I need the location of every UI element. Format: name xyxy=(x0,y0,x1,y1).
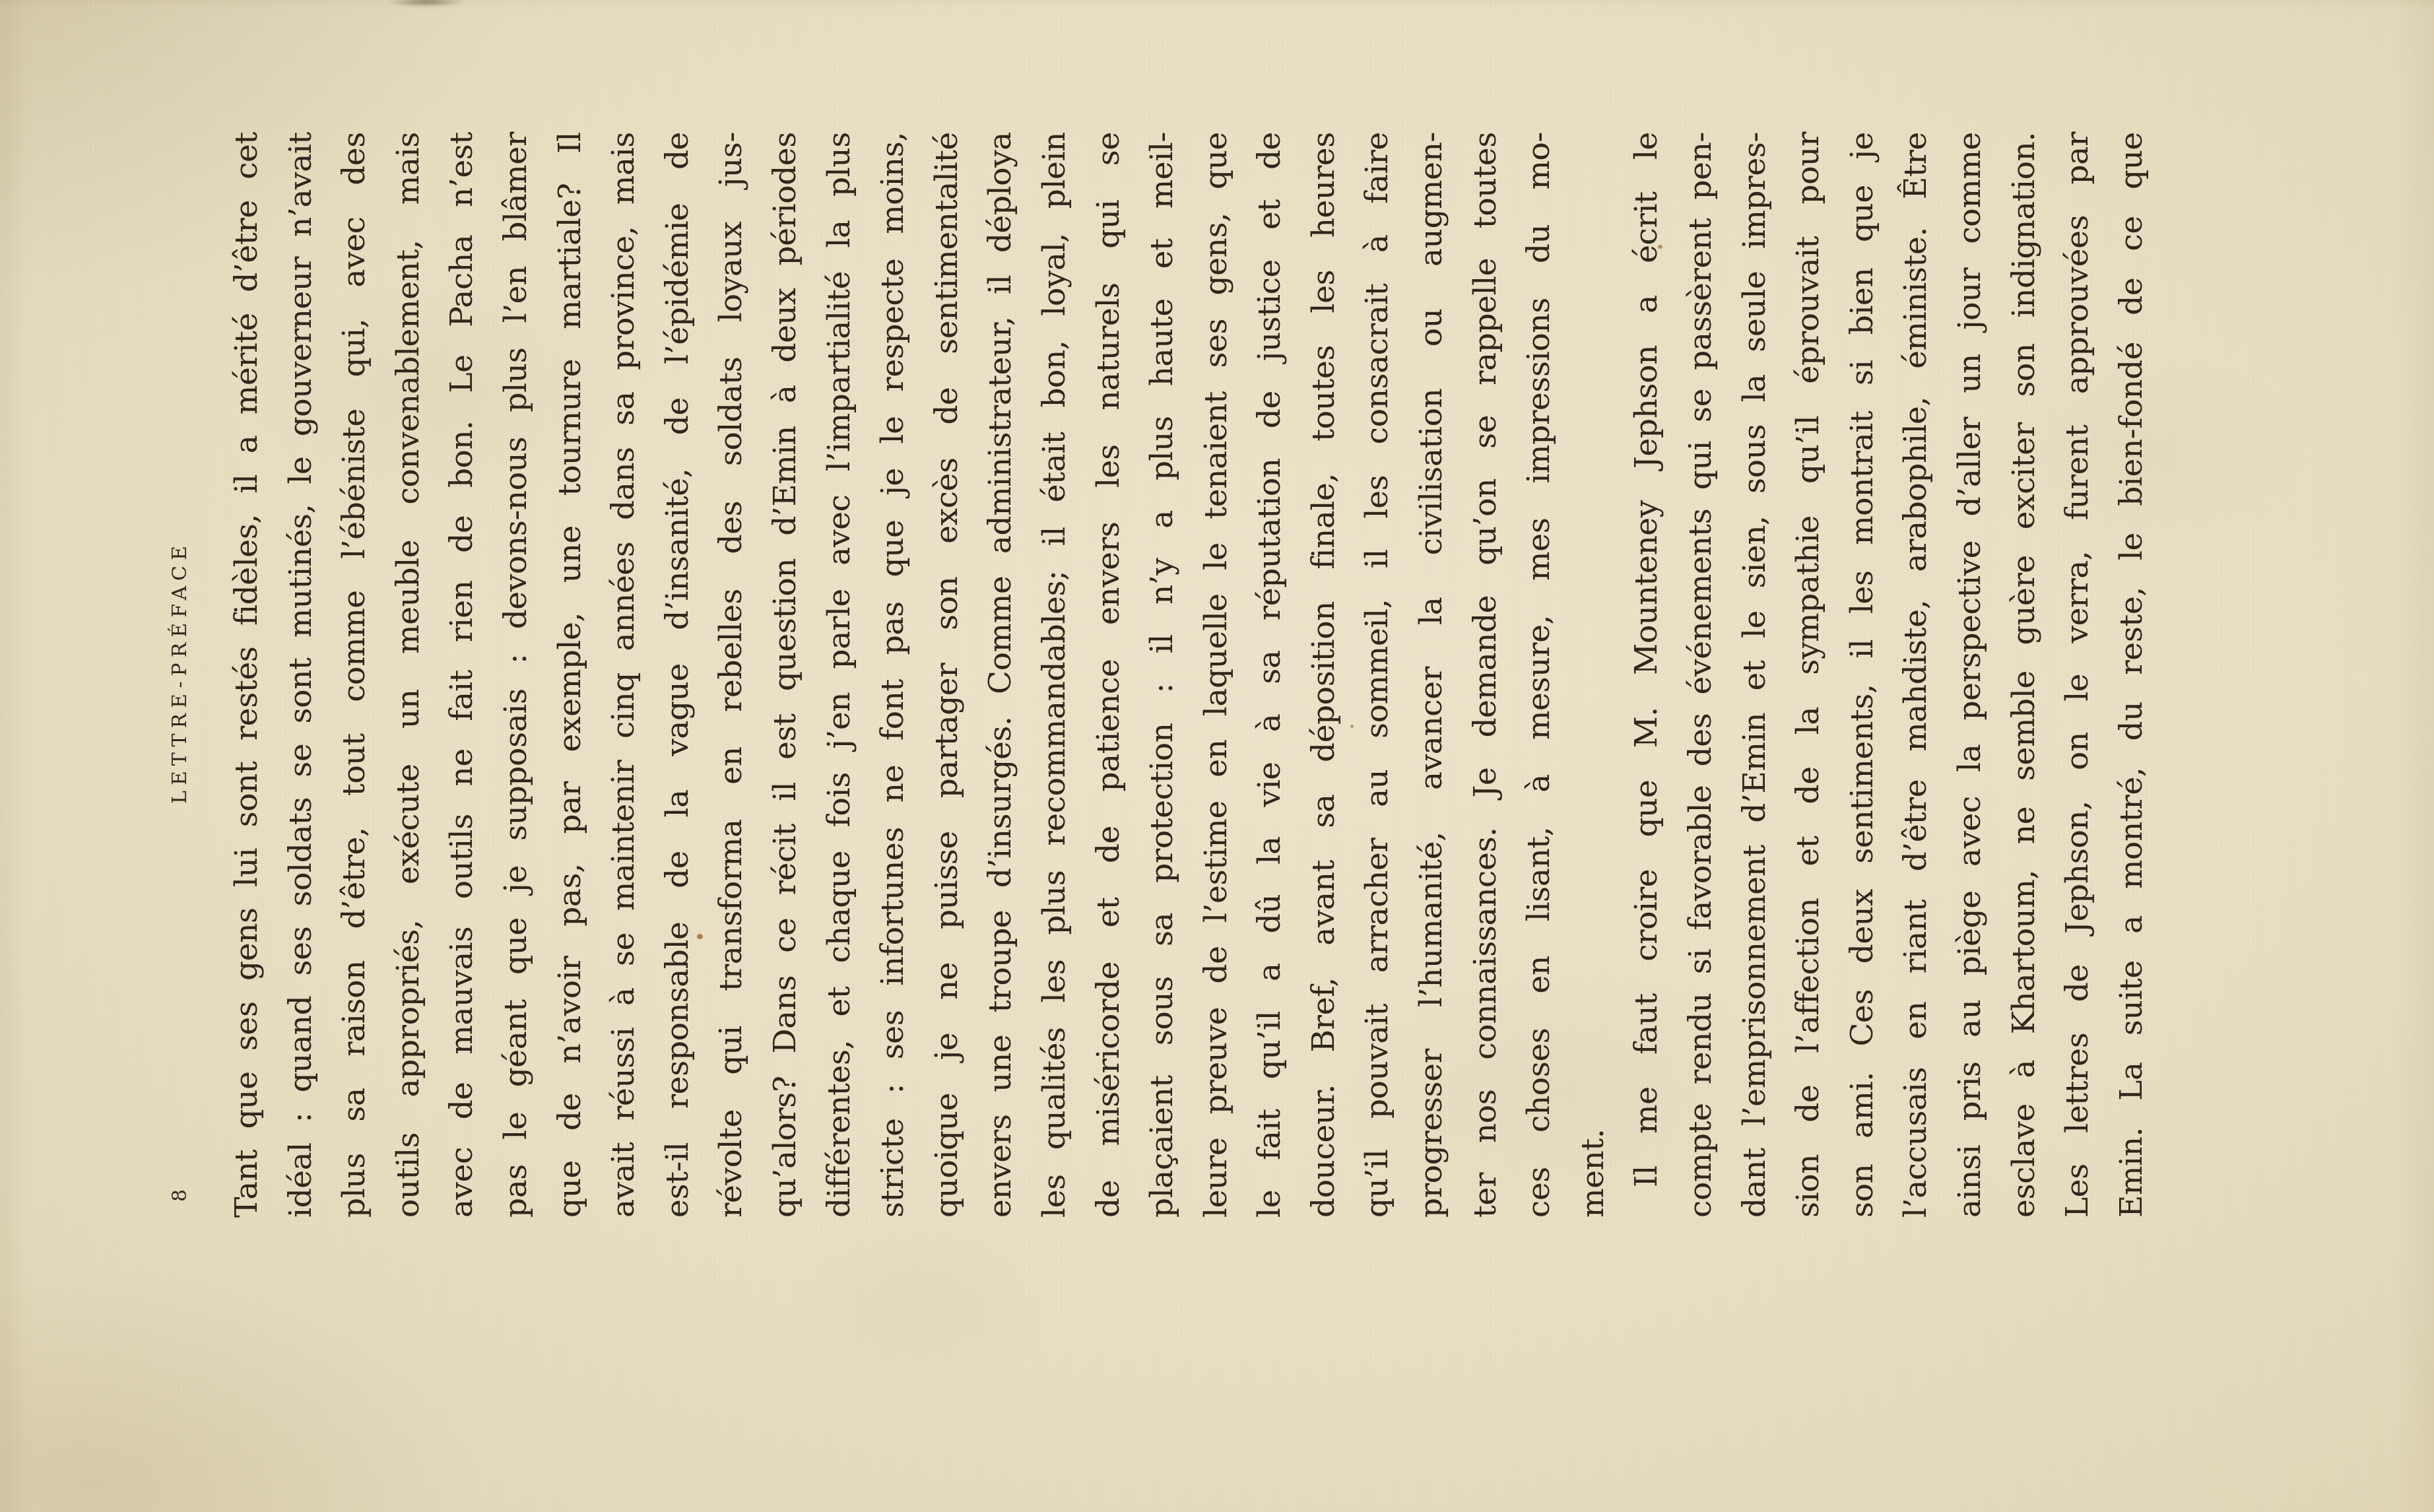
text-line: ainsi pris au piège avec la perspective … xyxy=(1943,132,1997,1218)
text-line: ment. xyxy=(1566,132,1620,1218)
text-line: quoique je ne puisse partager son excès … xyxy=(920,132,974,1218)
text-line: progresser l’humanité, avancer la civili… xyxy=(1404,132,1459,1218)
text-line: que de n’avoir pas, par exemple, une tou… xyxy=(543,132,597,1218)
text-line: Il me faut croire que M. Mounteney Jephs… xyxy=(1620,132,1674,1218)
text-line: stricte : ses infortunes ne font pas que… xyxy=(866,132,920,1218)
text-line: avec de mauvais outils ne fait rien de b… xyxy=(435,132,489,1218)
text-line: douceur. Bref, avant sa déposition final… xyxy=(1297,132,1351,1218)
text-line: Tant que ses gens lui sont restés fidèle… xyxy=(220,132,274,1218)
scanned-page: 8 LETTRE-PRÉFACE Tant que ses gens lui s… xyxy=(0,0,2434,1512)
text-line: idéal : quand ses soldats se sont mutiné… xyxy=(274,132,328,1218)
text-line: son ami. Ces deux sentiments, il les mon… xyxy=(1835,132,1890,1218)
text-line: qu’il pouvait arracher au sommeil, il le… xyxy=(1350,132,1404,1218)
text-line: dant l’emprisonnement d’Emin et le sien,… xyxy=(1728,132,1782,1218)
text-line: les qualités les plus recommandables; il… xyxy=(1028,132,1082,1218)
text-line: qu’alors? Dans ce récit il est question … xyxy=(758,132,812,1218)
text-line: l’accusais en riant d’être mahdiste, ara… xyxy=(1889,132,1943,1218)
text-line: esclave à Khartoum, ne semble guère exci… xyxy=(1997,132,2051,1218)
text-line: envers une troupe d’insurgés. Comme admi… xyxy=(973,132,1028,1218)
text-line: Les lettres de Jephson, on le verra, fur… xyxy=(2051,132,2105,1218)
text-line: révolte qui transforma en rebelles des s… xyxy=(704,132,758,1218)
text-line: plaçaient sous sa protection : il n’y a … xyxy=(1135,132,1189,1218)
text-line: avait réussi à se maintenir cinq années … xyxy=(597,132,651,1218)
text-line: est-il responsable de la vague d’insanit… xyxy=(651,132,705,1218)
text-line: plus sa raison d’être, tout comme l’ébén… xyxy=(327,132,381,1218)
text-line: de miséricorde et de patience envers les… xyxy=(1082,132,1136,1218)
text-block: Tant que ses gens lui sont restés fidèle… xyxy=(220,132,2158,1218)
book-page: 8 LETTRE-PRÉFACE Tant que ses gens lui s… xyxy=(0,0,2434,1512)
text-line: outils appropriés, exécute un meuble con… xyxy=(381,132,436,1218)
text-line: compte rendu si favorable des événements… xyxy=(1674,132,1728,1218)
text-line: Emin. La suite a montré, du reste, le bi… xyxy=(2105,132,2159,1218)
text-line: le fait qu’il a dû la vie à sa réputatio… xyxy=(1243,132,1297,1218)
text-line: ces choses en lisant, à mesure, mes impr… xyxy=(1512,132,1566,1218)
text-line: différentes, et chaque fois j’en parle a… xyxy=(812,132,867,1218)
text-line: sion de l’affection et de la sympathie q… xyxy=(1781,132,1835,1218)
text-line: pas le géant que je supposais : devons-n… xyxy=(489,132,543,1218)
text-line: leure preuve de l’estime en laquelle le … xyxy=(1189,132,1243,1218)
text-line: ter nos connaissances. Je demande qu’on … xyxy=(1459,132,1513,1218)
running-head: LETTRE-PRÉFACE xyxy=(168,132,193,1218)
